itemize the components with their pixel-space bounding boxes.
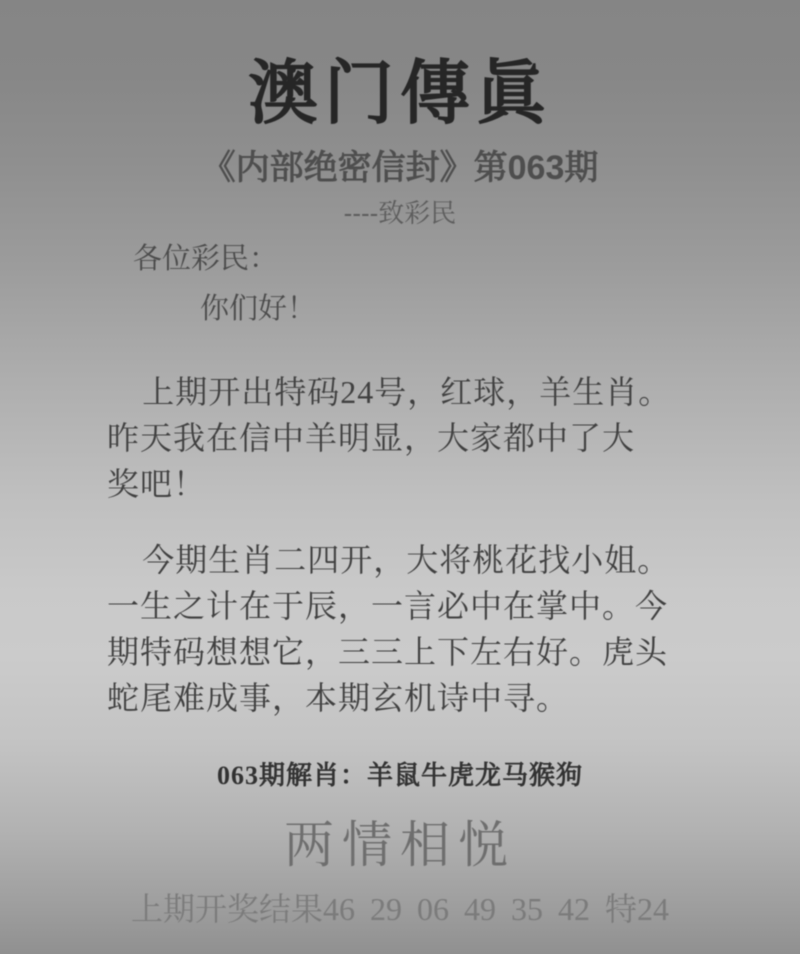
special-number: 24 bbox=[637, 891, 669, 927]
zodiac-animals: 羊鼠牛虎龙马猴狗 bbox=[367, 761, 583, 790]
results-label: 上期开奖结果 bbox=[131, 891, 323, 927]
paragraph-line: 期特码想想它，三三上下左右好。虎头 bbox=[107, 629, 693, 675]
special-number-label: 特 bbox=[605, 891, 637, 927]
zodiac-label: 063期解肖： bbox=[217, 761, 367, 790]
page-title: 澳门傳眞 bbox=[0, 0, 800, 131]
draw-number: 42 bbox=[558, 891, 590, 927]
paragraph-line: 一生之计在于辰，一言必中在掌中。今 bbox=[107, 583, 693, 629]
fax-letter-sheet: 澳门傳眞 《内部绝密信封》第063期 ----致彩民 各位彩民： 你们好！ 上期… bbox=[0, 0, 800, 954]
envelope-subtitle: 《内部绝密信封》第063期 bbox=[0, 149, 800, 187]
paragraph-line: 昨天我在信中羊明显，大家都中了大 bbox=[107, 415, 693, 461]
dedication-line: ----致彩民 bbox=[0, 199, 800, 227]
draw-number: 29 bbox=[370, 891, 402, 927]
greeting: 你们好！ bbox=[200, 293, 800, 325]
draw-number: 06 bbox=[417, 891, 449, 927]
draw-number: 46 bbox=[323, 891, 355, 927]
draw-number: 49 bbox=[464, 891, 496, 927]
draw-number: 35 bbox=[511, 891, 543, 927]
paragraph-line: 奖吧！ bbox=[107, 461, 693, 507]
paragraph-line: 今期生肖二四开，大将桃花找小姐。 bbox=[107, 537, 693, 583]
salutation: 各位彩民： bbox=[133, 243, 800, 275]
paragraph-line: 上期开出特码24号，红球，羊生肖。 bbox=[107, 369, 693, 415]
paragraph-current-hint: 今期生肖二四开，大将桃花找小姐。 一生之计在于辰，一言必中在掌中。今 期特码想想… bbox=[107, 537, 693, 721]
paragraph-previous-result: 上期开出特码24号，红球，羊生肖。 昨天我在信中羊明显，大家都中了大 奖吧！ bbox=[107, 369, 693, 507]
idiom-line: 两情相悦 bbox=[0, 817, 800, 873]
previous-draw-results: 上期开奖结果462906493542特24 bbox=[0, 891, 800, 927]
zodiac-hint-line: 063期解肖：羊鼠牛虎龙马猴狗 bbox=[0, 761, 800, 791]
paragraph-line: 蛇尾难成事，本期玄机诗中寻。 bbox=[107, 675, 693, 721]
